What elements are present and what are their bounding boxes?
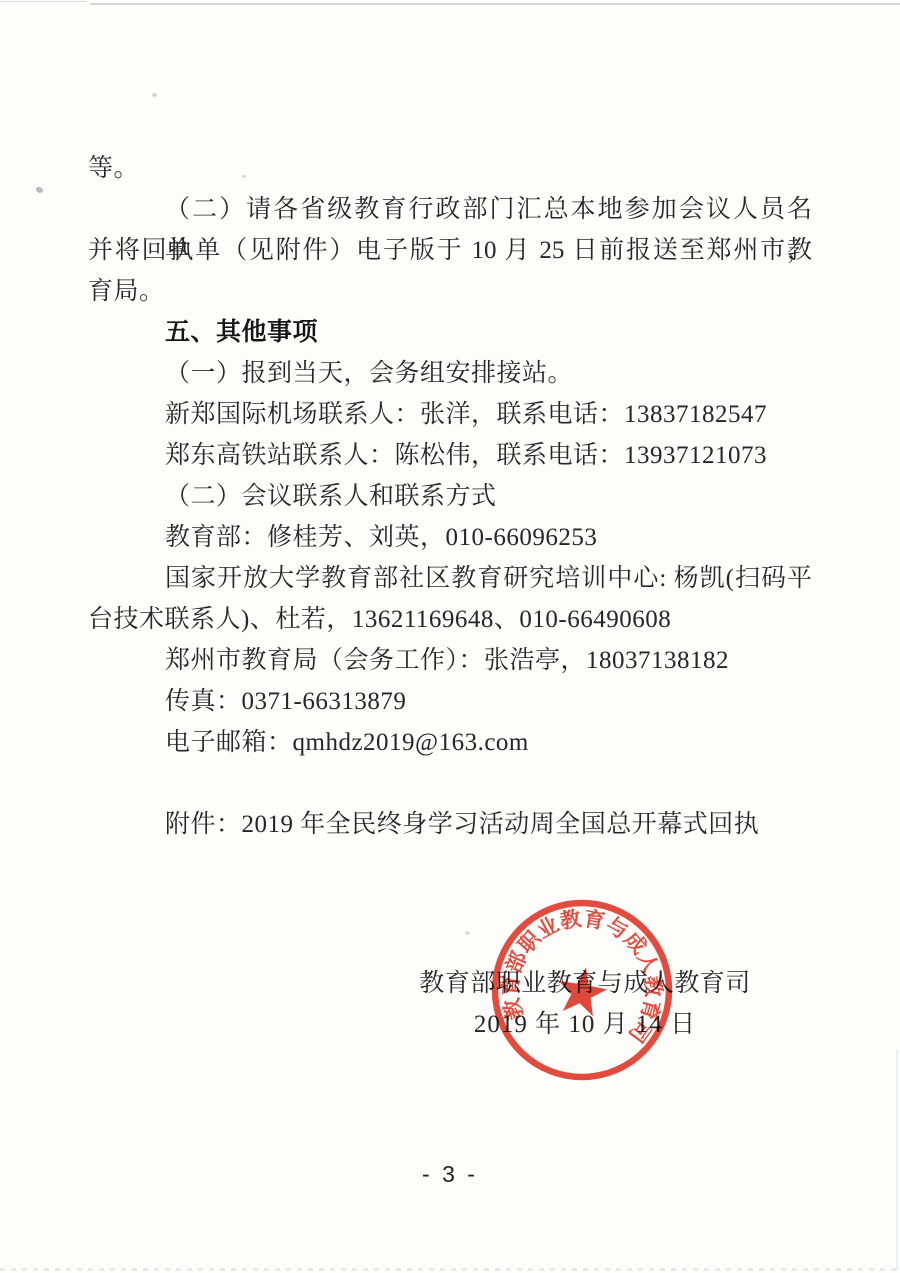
scan-speck	[152, 93, 157, 97]
text-line: 五、其他事项	[88, 312, 812, 353]
text-line: （一）报到当天，会务组安排接站。	[88, 353, 812, 394]
text-line: 育局。	[88, 271, 812, 312]
page-number: - 3 -	[0, 1161, 900, 1188]
scan-artifact-bottom-dots	[0, 1268, 900, 1271]
text-line: 国家开放大学教育部社区教育研究培训中心: 杨凯(扫码平	[88, 558, 812, 599]
text-line: 传真：0371-66313879	[88, 681, 812, 722]
scan-artifact-top-line2	[0, 1, 86, 2]
document-body: 等。（二）请各省级教育行政部门汇总本地参加会议人员名单，并将回执单（见附件）电子…	[88, 148, 812, 845]
text-line: 新郑国际机场联系人：张洋，联系电话：13837182547	[88, 394, 812, 435]
text-line: 附件：2019 年全民终身学习活动周全国总开幕式回执	[88, 804, 812, 845]
scan-speck	[465, 931, 470, 935]
scan-speck	[36, 187, 43, 193]
text-line: 教育部：修桂芳、刘英，010-66096253	[88, 517, 812, 558]
text-line: 等。	[88, 148, 812, 189]
signature-department: 教育部职业教育与成人教育司	[335, 963, 835, 1004]
text-line: 台技术联系人)、杜若，13621169648、010-66490608	[88, 599, 812, 640]
text-line	[88, 763, 812, 804]
text-line: 并将回执单（见附件）电子版于 10 月 25 日前报送至郑州市教	[88, 230, 812, 271]
text-line: 郑州市教育局（会务工作）：张浩亭，18037138182	[88, 640, 812, 681]
scanned-document-page: 等。（二）请各省级教育行政部门汇总本地参加会议人员名单，并将回执单（见附件）电子…	[0, 0, 900, 1273]
text-line: （二）请各省级教育行政部门汇总本地参加会议人员名单，	[88, 189, 812, 230]
signature-date: 2019 年 10 月 14 日	[335, 1004, 835, 1045]
text-line: 电子邮箱：qmhdz2019@163.com	[88, 722, 812, 763]
text-line: （二）会议联系人和联系方式	[88, 476, 812, 517]
signature-block: 教育部职业教育与成人教育司 2019 年 10 月 14 日	[335, 963, 835, 1045]
scan-artifact-right-edge	[896, 1050, 898, 1270]
scan-artifact-top-line	[90, 3, 900, 5]
text-line: 郑东高铁站联系人：陈松伟，联系电话：13937121073	[88, 435, 812, 476]
